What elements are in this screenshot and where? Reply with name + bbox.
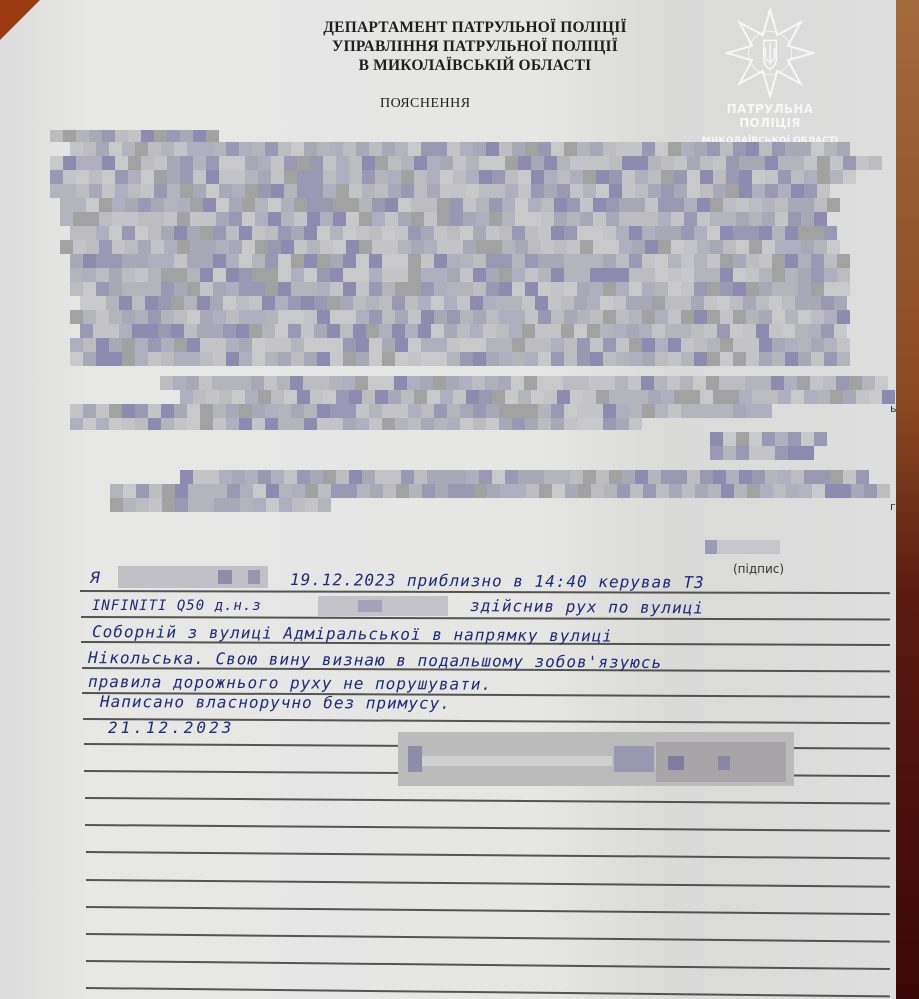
police-star-trident-icon <box>725 8 815 98</box>
ruled-line <box>86 879 890 888</box>
signature-redaction <box>705 540 780 554</box>
ruled-line <box>86 906 890 915</box>
handwritten-line-5: правила дорожнього руху не порушувати. <box>88 672 492 694</box>
header-line-1: ДЕПАРТАМЕНТ ПАТРУЛЬНОЇ ПОЛІЦІЇ <box>300 18 650 37</box>
signature-caption: (підпис) <box>733 562 784 576</box>
document-page: ДЕПАРТАМЕНТ ПАТРУЛЬНОЇ ПОЛІЦІЇ УПРАВЛІНН… <box>0 0 896 999</box>
ruled-line <box>86 851 890 859</box>
document-title: ПОЯСНЕННЯ <box>380 96 471 112</box>
margin-char-right-2: г <box>890 500 896 513</box>
name-redaction <box>118 566 268 588</box>
handwritten-prefix: Я <box>90 568 101 587</box>
handwritten-line-1: 19.12.2023 приблизно в 14:40 керував ТЗ <box>290 570 705 592</box>
pixelated-personal-data <box>50 130 840 550</box>
patrol-police-logo: ПАТРУЛЬНА ПОЛІЦІЯ МИКОЛАЇВСЬКОЇ ОБЛАСТІ <box>700 8 840 146</box>
header-line-3: В МИКОЛАЇВСЬКІЙ ОБЛАСТІ <box>300 56 650 75</box>
plate-redaction <box>318 596 448 616</box>
header-line-2: УПРАВЛІННЯ ПАТРУЛЬНОЇ ПОЛІЦІЇ <box>300 37 650 56</box>
ruled-line <box>80 590 890 594</box>
ruled-line <box>85 797 890 804</box>
ruled-line <box>86 960 890 970</box>
handwritten-date: 21.12.2023 <box>108 718 234 737</box>
logo-title: ПАТРУЛЬНА ПОЛІЦІЯ <box>700 102 840 130</box>
ruled-line <box>86 933 890 943</box>
handwritten-line-2b: здійснив рух по вулиці <box>470 596 704 617</box>
margin-char-right-1: ь <box>890 402 896 415</box>
ruled-line <box>81 616 890 621</box>
ruled-line <box>86 987 890 997</box>
document-header: ДЕПАРТАМЕНТ ПАТРУЛЬНОЇ ПОЛІЦІЇ УПРАВЛІНН… <box>300 18 650 75</box>
ruled-line <box>85 824 890 832</box>
signature-name-redaction <box>398 732 794 786</box>
handwritten-line-2a: INFINITI Q50 д.н.з <box>92 598 262 614</box>
handwritten-line-6: Написано власноручно без примусу. <box>100 692 451 713</box>
